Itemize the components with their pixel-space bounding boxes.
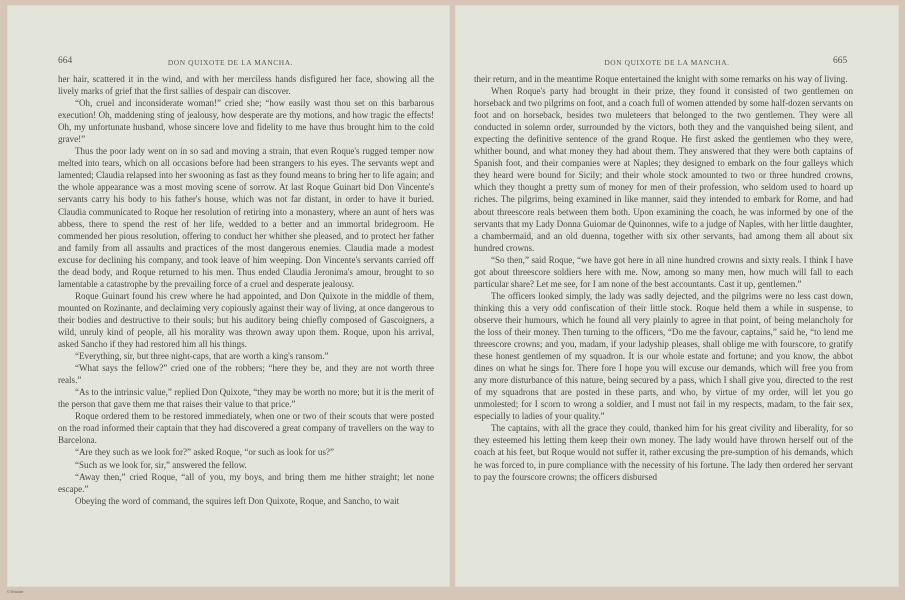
paragraph: When Roque's party had brought in their …	[474, 85, 853, 254]
paragraph: “What says the fellow?” cried one of the…	[58, 362, 434, 386]
left-page: 664 DON QUIXOTE DE LA MANCHA. her hair, …	[7, 5, 450, 587]
paragraph: “So then,” said Roque, “we have got here…	[474, 254, 853, 290]
paragraph: Obeying the word of command, the squires…	[58, 495, 434, 507]
paragraph: their return, and in the meantime Roque …	[474, 73, 853, 85]
page-body: her hair, scattered it in the wind, and …	[58, 73, 434, 507]
corner-label: © Bhadale	[7, 590, 23, 594]
paragraph: Thus the poor lady went on in so sad and…	[58, 145, 434, 290]
paragraph: “Away then,” cried Roque, “all of you, m…	[58, 471, 434, 495]
paragraph: “Such as we look for, sir,” answered the…	[58, 459, 434, 471]
running-header: DON QUIXOTE DE LA MANCHA.	[7, 58, 450, 67]
paragraph: Roque Guinart found his crew where he ha…	[58, 290, 434, 350]
paragraph: “Oh, cruel and inconsiderate woman!” cri…	[58, 97, 434, 145]
paragraph: The officers looked simply, the lady was…	[474, 290, 853, 423]
right-page: DON QUIXOTE DE LA MANCHA. 665 their retu…	[455, 5, 899, 587]
paragraph: The captains, with all the grace they co…	[474, 422, 853, 482]
paragraph: Roque ordered them to be restored immedi…	[58, 410, 434, 446]
paragraph: her hair, scattered it in the wind, and …	[58, 73, 434, 97]
paragraph: “Are they such as we look for?” asked Ro…	[58, 446, 434, 458]
page-body: their return, and in the meantime Roque …	[474, 73, 853, 483]
page-number: 665	[833, 56, 847, 66]
paragraph: “As to the intrinsic value,” replied Don…	[58, 386, 434, 410]
paragraph: “Everything, sir, but three night-caps, …	[58, 350, 434, 362]
